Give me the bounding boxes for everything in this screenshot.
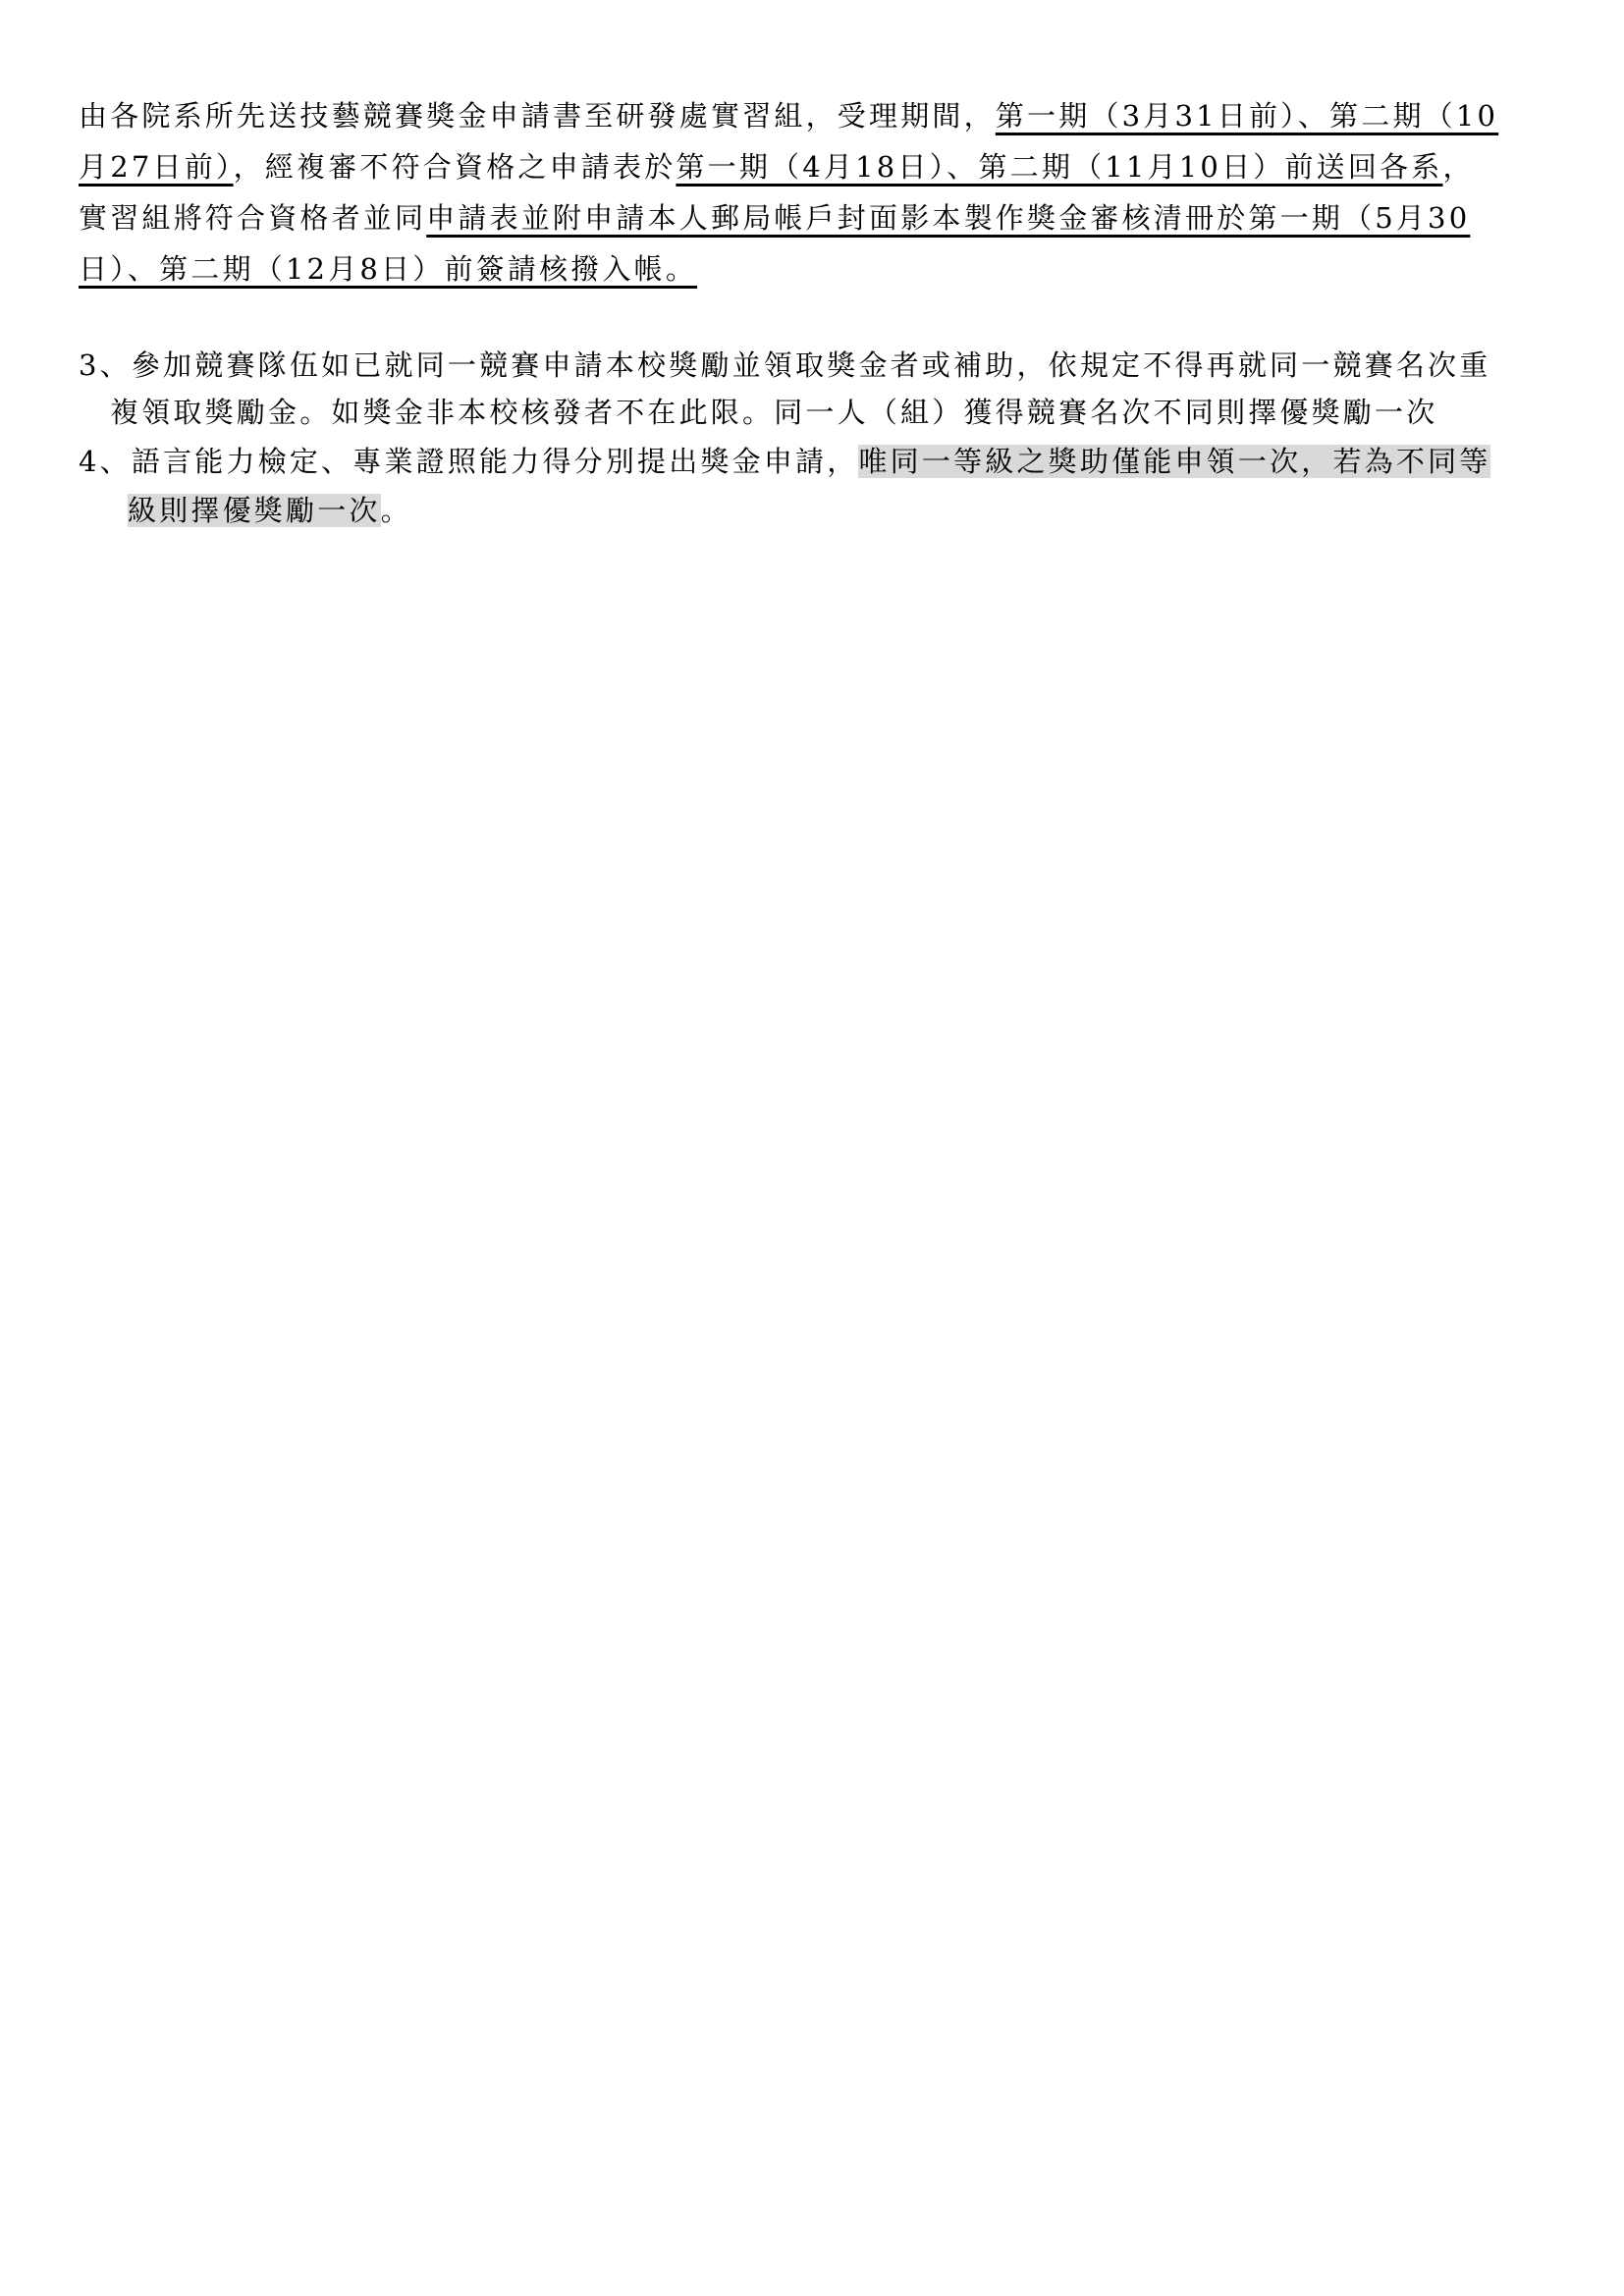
- list-item-3-line-2: 複領取獎勵金。如獎金非本校核發者不在此限。同一人（組）獲得競賽名次不同則擇優獎勵…: [110, 393, 1437, 432]
- paragraph-1-line-3: 實習組將符合資格者並同申請表並附申請本人郵局帳戶封面影本製作獎金審核清冊於第一期…: [79, 198, 1470, 238]
- list-item-3-line-1: 3、參加競賽隊伍如已就同一競賽申請本校獎勵並領取獎金者或補助，依規定不得再就同一…: [79, 346, 1490, 385]
- underlined-text-run: 第一期（3月31日前）、第二期（10: [996, 99, 1498, 133]
- underlined-text-run: 月27日前）: [79, 150, 234, 184]
- underlined-text-run: 日）、第二期（12月8日）前簽請核撥入帳。: [79, 252, 697, 286]
- list-item-text: 參加競賽隊伍如已就同一競賽申請本校獎勵並領取獎金者或補助，依規定不得再就同一競賽…: [132, 348, 1491, 382]
- text-run: 由各院系所先送技藝競賽獎金申請書至研發處實習組，受理期間，: [79, 99, 996, 133]
- paragraph-1-line-2: 月27日前），經複審不符合資格之申請表於第一期（4月18日）、第二期（11月10…: [79, 147, 1475, 187]
- list-item-text: 。: [381, 494, 412, 527]
- list-item-text: 語言能力檢定、專業證照能力得分別提出獎金申請，: [132, 445, 859, 478]
- list-number: 4、: [79, 445, 132, 478]
- list-number: 3、: [79, 348, 132, 382]
- underlined-text-run: 第一期（4月18日）、第二期（11月10日）前送回各系: [676, 150, 1442, 184]
- document-page: 由各院系所先送技藝競賽獎金申請書至研發處實習組，受理期間，第一期（3月31日前）…: [0, 0, 1624, 2296]
- text-run: 實習組將符合資格者並同: [79, 201, 426, 235]
- underlined-text-run: 申請表並附申請本人郵局帳戶封面影本製作獎金審核清冊於第一期（5月30: [426, 201, 1470, 235]
- highlighted-text: 級則擇優獎勵一次: [128, 494, 381, 527]
- paragraph-1-line-1: 由各院系所先送技藝競賽獎金申請書至研發處實習組，受理期間，第一期（3月31日前）…: [79, 96, 1498, 135]
- list-item-4-line-1: 4、語言能力檢定、專業證照能力得分別提出獎金申請，唯同一等級之獎助僅能申領一次，…: [79, 442, 1490, 481]
- text-run: ，: [1442, 150, 1474, 184]
- text-run: ，經複審不符合資格之申請表於: [234, 150, 677, 184]
- paragraph-1-line-4: 日）、第二期（12月8日）前簽請核撥入帳。: [79, 249, 697, 289]
- list-item-text: 複領取獎勵金。如獎金非本校核發者不在此限。同一人（組）獲得競賽名次不同則擇優獎勵…: [110, 396, 1437, 429]
- highlighted-text: 唯同一等級之獎助僅能申領一次，若為不同等: [858, 445, 1490, 478]
- list-item-4-line-2: 級則擇優獎勵一次。: [128, 491, 412, 530]
